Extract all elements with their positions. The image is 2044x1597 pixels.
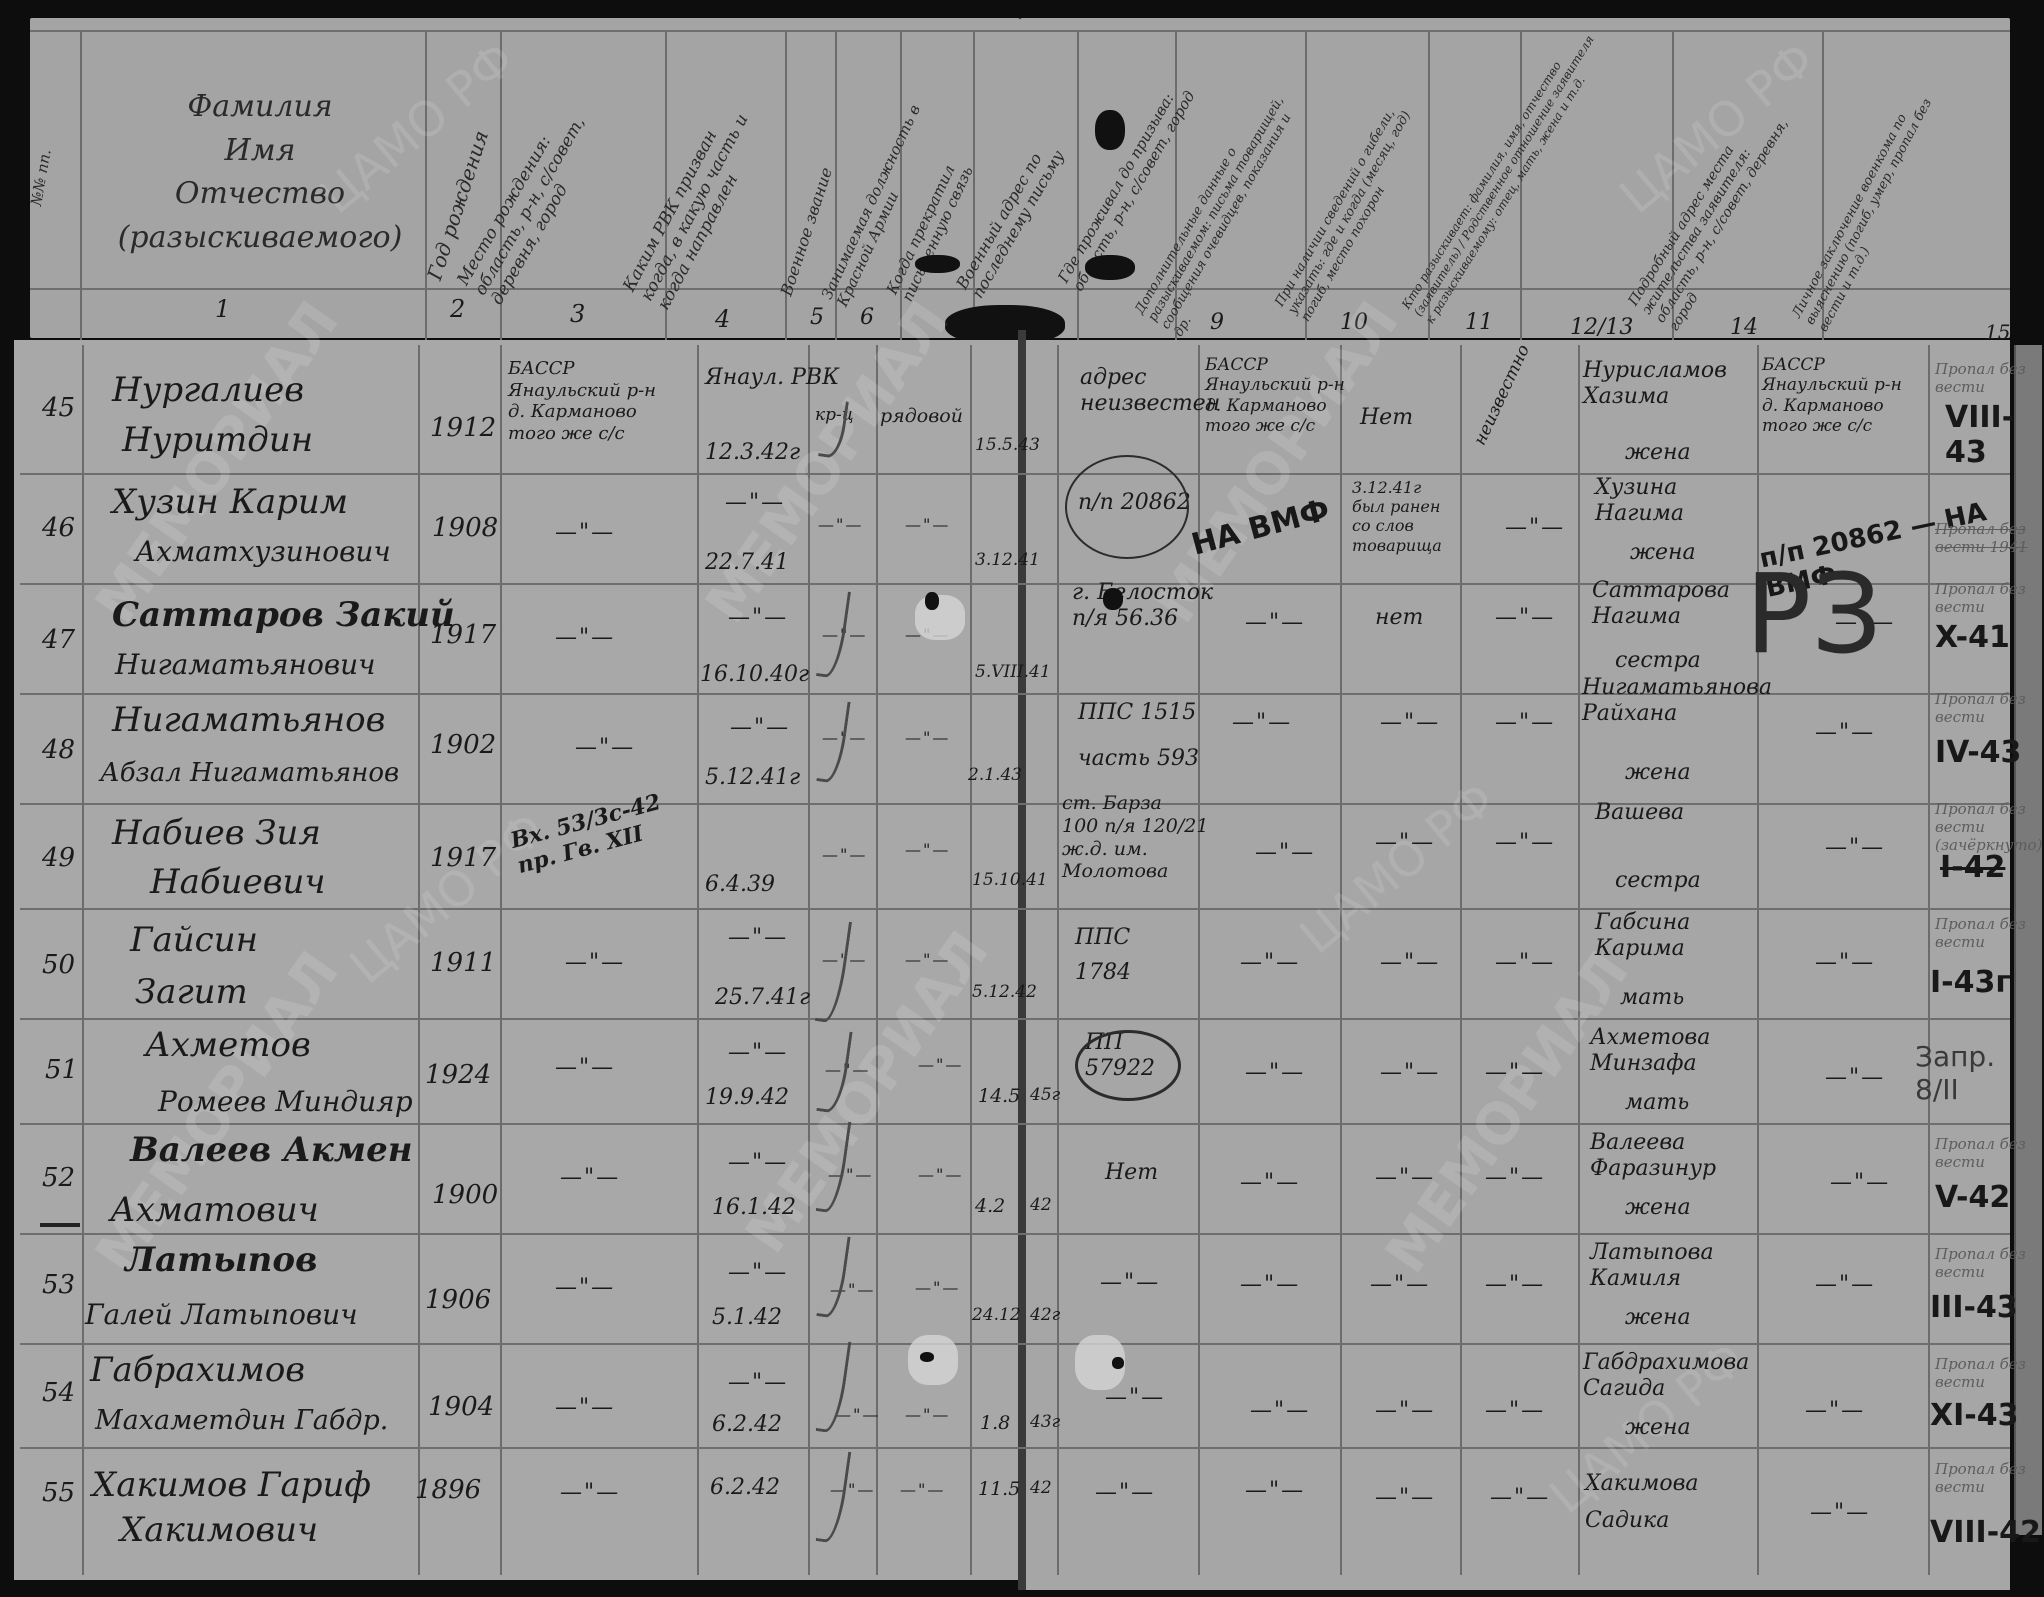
conclusion-date: IV-43 xyxy=(1935,735,2021,770)
rvk-date: 5.12.41г xyxy=(705,765,800,791)
header-colnum-1: 1 xyxy=(215,295,230,324)
applicant-address: —"— xyxy=(1825,835,1885,861)
rvk: —"— xyxy=(725,490,785,516)
last-letter-date: 5.VIII.41 xyxy=(975,662,1051,682)
last-letter-date: 1.8 xyxy=(980,1412,1010,1435)
military-address: Нет xyxy=(1105,1160,1158,1186)
header-colnum-6: 6 xyxy=(860,305,874,331)
paper-damage xyxy=(925,592,939,610)
residence: —"— xyxy=(1240,1170,1300,1196)
col-divider xyxy=(1757,345,1759,1575)
rvk: —"— xyxy=(730,715,790,741)
birth-year: 1911 xyxy=(430,948,496,979)
birthplace: —"— xyxy=(560,1165,620,1191)
conclusion-date: VIII-42 xyxy=(1930,1515,2041,1550)
first-name: Абзал Нигаматьянов xyxy=(100,758,399,789)
header-colnum-9: 9 xyxy=(1210,310,1224,336)
surname: Ахметов xyxy=(145,1025,311,1066)
position: рядовой xyxy=(880,405,963,428)
row-number: 49 xyxy=(42,843,75,874)
residence: —"— xyxy=(1245,1478,1305,1504)
birthplace: —"— xyxy=(555,1275,615,1301)
extra-data: —"— xyxy=(1375,1165,1435,1191)
applicant: Нигаматьянова Райхана xyxy=(1582,675,1772,728)
rvk: —"— xyxy=(728,1040,788,1066)
conclusion-date: III-43 xyxy=(1930,1290,2018,1325)
extra-data: Нет xyxy=(1360,405,1413,431)
military-address: г. Белосток п/я 56.36 xyxy=(1072,580,1213,633)
conclusion-date: VIII-43 xyxy=(1945,400,2044,470)
extra-data: —"— xyxy=(1380,950,1440,976)
birth-year: 1917 xyxy=(430,843,496,874)
rvk: —"— xyxy=(728,925,788,951)
last-letter-year: 42г xyxy=(1030,1305,1060,1325)
first-name: Нуритдин xyxy=(122,420,313,461)
military-address: ст. Барза 100 п/я 120/21 ж.д. им. Молото… xyxy=(1062,792,1208,883)
applicant: Саттарова Нагима xyxy=(1592,578,1730,631)
row-number: 53 xyxy=(42,1270,75,1301)
ink-circle xyxy=(1075,1030,1181,1101)
relation: жена xyxy=(1625,1195,1691,1221)
first-name: Нигаматьянович xyxy=(115,648,376,682)
paper-damage xyxy=(908,1335,958,1385)
surname: Набиев Зия xyxy=(112,813,321,854)
row-separator xyxy=(20,803,2010,805)
rvk: Янаул. РВК xyxy=(705,365,839,391)
extra-data: —"— xyxy=(1375,1485,1435,1511)
col-divider xyxy=(82,345,84,1575)
military-address: —"— xyxy=(1105,1385,1165,1411)
surname: Саттаров Закий xyxy=(112,595,455,636)
military-address: ППС 1515 часть 593 xyxy=(1078,690,1199,782)
rvk-date: 5.1.42 xyxy=(712,1305,782,1331)
hdr-col-divider xyxy=(80,30,82,340)
relation: жена xyxy=(1630,540,1696,566)
applicant: Хузина Нагима xyxy=(1595,475,1684,528)
col-divider xyxy=(876,345,878,1575)
rvk-date: 22.7.41 xyxy=(705,550,789,576)
extra-data: —"— xyxy=(1380,710,1440,736)
row-number: 45 xyxy=(42,393,75,424)
applicant-address: —"— xyxy=(1825,1065,1885,1091)
last-letter-year: 42 xyxy=(1030,1478,1052,1498)
rvk-date: 6.4.39 xyxy=(705,872,775,898)
position: —"— xyxy=(918,1165,963,1184)
birthplace: —"— xyxy=(555,520,615,546)
birth-year: 1896 xyxy=(415,1475,481,1506)
conclusion-note: Пропал без вести xyxy=(1935,915,2044,951)
residence: —"— xyxy=(1245,1060,1305,1086)
row-separator xyxy=(20,908,2010,910)
margin-mark xyxy=(40,1223,80,1227)
conclusion-date: Запр. 8/II xyxy=(1915,1040,2044,1106)
conclusion-date: I-43г xyxy=(1930,965,2011,1000)
row-number: 47 xyxy=(42,625,75,656)
surname: Хузин Карим xyxy=(112,482,348,523)
extra-data: —"— xyxy=(1370,1272,1430,1298)
paper-damage xyxy=(1112,1357,1124,1369)
position: —"— xyxy=(915,1278,960,1297)
position: —"— xyxy=(905,840,950,859)
rvk-date: 19.9.42 xyxy=(705,1085,789,1111)
death-info: —"— xyxy=(1490,1485,1550,1511)
rvk-date: 16.10.40г xyxy=(700,662,809,688)
relation: мать xyxy=(1625,1090,1689,1116)
extra-data: —"— xyxy=(1375,1398,1435,1424)
row-separator xyxy=(20,473,2010,475)
residence: —"— xyxy=(1245,610,1305,636)
applicant: Габсина Карима xyxy=(1595,910,1690,963)
residence: —"— xyxy=(1240,1272,1300,1298)
death-info: —"— xyxy=(1485,1165,1545,1191)
residence: БАССР Янаульский р-н д. Карманово того ж… xyxy=(1205,355,1345,437)
first-name: Загит xyxy=(135,972,248,1013)
rank: —"— xyxy=(818,515,863,534)
relation: сестра xyxy=(1615,648,1701,674)
military-address: —"— xyxy=(1100,1270,1160,1296)
first-name: Хакимович xyxy=(120,1510,318,1551)
birthplace: —"— xyxy=(560,1480,620,1506)
conclusion-note: Пропал без вести (зачёркнуто) xyxy=(1935,800,2044,854)
header-bottom-rule xyxy=(30,288,2010,290)
rvk-date: 6.2.42 xyxy=(712,1412,782,1438)
row-number: 52 xyxy=(42,1163,75,1194)
extra-data: 3.12.41г был ранен со слов товарища xyxy=(1352,478,1452,555)
conclusion-note: Пропал без вести xyxy=(1935,1355,2044,1391)
birthplace: —"— xyxy=(575,735,635,761)
conclusion-note: Пропал без вести xyxy=(1935,690,2044,726)
surname: Латыпов xyxy=(125,1240,317,1281)
col-divider xyxy=(418,345,420,1575)
death-info: —"— xyxy=(1485,1398,1545,1424)
header-colnum-14: 14 xyxy=(1730,315,1758,341)
row-number: 55 xyxy=(42,1478,75,1509)
conclusion-date: V-42 xyxy=(1935,1180,2010,1215)
header-colnum-4: 4 xyxy=(715,305,730,334)
relation: жена xyxy=(1625,1305,1691,1331)
paper-damage xyxy=(1095,110,1125,150)
birth-year: 1906 xyxy=(425,1285,491,1316)
death-info: —"— xyxy=(1485,1272,1545,1298)
relation: сестра xyxy=(1615,868,1701,894)
row-number: 51 xyxy=(45,1055,78,1086)
paper-damage xyxy=(920,1352,934,1362)
row-separator xyxy=(20,1233,2010,1235)
first-name: Ахматович xyxy=(110,1190,319,1231)
rank: —"— xyxy=(822,845,867,864)
first-name: Галей Латыпович xyxy=(85,1298,358,1332)
residence: —"— xyxy=(1232,710,1292,736)
last-letter-date: 3.12.41 xyxy=(975,550,1040,570)
conclusion-note: Пропал без вести xyxy=(1935,360,2044,396)
col-divider xyxy=(1340,345,1342,1575)
surname: Нургалиев xyxy=(112,370,304,411)
conclusion-note: Пропал без вести xyxy=(1935,1460,2044,1496)
death-info: —"— xyxy=(1485,1060,1545,1086)
birthplace: —"— xyxy=(565,950,625,976)
conclusion-note: Пропал без вести xyxy=(1935,580,2044,616)
extra-data: —"— xyxy=(1375,830,1435,856)
military-address: —"— xyxy=(1095,1480,1155,1506)
last-letter-date: 24.12 xyxy=(972,1305,1021,1325)
residence: —"— xyxy=(1250,1398,1310,1424)
surname: Нигаматьянов xyxy=(112,700,385,741)
applicant: Габдрахимова Сагида xyxy=(1583,1350,1749,1403)
applicant: Валеева Фаразинур xyxy=(1590,1130,1716,1183)
surname: Гайсин xyxy=(130,920,258,961)
death-info: —"— xyxy=(1495,710,1555,736)
position: —"— xyxy=(905,950,950,969)
header-colnum-5: 5 xyxy=(810,305,824,331)
surname: Валеев Акмен xyxy=(130,1130,413,1171)
birthplace: —"— xyxy=(555,1395,615,1421)
row-separator xyxy=(20,1123,2010,1125)
surname: Хакимов Гариф xyxy=(92,1465,371,1506)
position: —"— xyxy=(918,1055,963,1074)
row-number: 54 xyxy=(42,1378,75,1409)
ink-circle xyxy=(1065,455,1189,559)
applicant: Латыпова Камиля xyxy=(1590,1240,1714,1293)
first-name: Махаметдин Габдр. xyxy=(95,1405,388,1437)
conclusion-date: XI-43 xyxy=(1930,1398,2019,1433)
header-top-rule xyxy=(30,30,2010,32)
conclusion-note: Пропал без вести xyxy=(1935,1135,2044,1171)
header-colnum-3: 3 xyxy=(570,300,585,329)
col-divider xyxy=(500,345,502,1575)
paper-damage xyxy=(1103,588,1123,610)
last-letter-date: 5.12.42 xyxy=(972,982,1037,1002)
rank: —"— xyxy=(835,1405,880,1424)
last-letter-year: 42 xyxy=(1030,1195,1052,1215)
applicant-address: —"— xyxy=(1815,720,1875,746)
rvk-date: 12.3.42г xyxy=(705,440,800,466)
book-spine xyxy=(1018,330,1026,1590)
row-number: 50 xyxy=(42,950,75,981)
death-info: —"— xyxy=(1505,515,1565,541)
death-info: —"— xyxy=(1495,830,1555,856)
applicant-address: —"— xyxy=(1815,1272,1875,1298)
last-letter-date: 14.5 xyxy=(978,1085,1020,1108)
position: —"— xyxy=(905,1405,950,1424)
paper-damage xyxy=(945,305,1065,345)
header-colnum-11: 11 xyxy=(1465,310,1493,336)
position: —"— xyxy=(905,515,950,534)
applicant-address: —"— xyxy=(1810,1500,1870,1526)
rvk-date: 25.7.41г xyxy=(715,985,810,1011)
surname: Габрахимов xyxy=(90,1350,305,1391)
birth-year: 1912 xyxy=(430,413,496,444)
military-address: ППС 1784 xyxy=(1075,920,1131,990)
birth-year: 1908 xyxy=(432,513,498,544)
paper-damage xyxy=(1085,255,1135,280)
applicant-address: БАССР Янаульский р-н д. Карманово того ж… xyxy=(1762,355,1902,437)
col-divider xyxy=(1460,345,1462,1575)
last-letter-date: 2.1.43 xyxy=(968,765,1022,785)
conclusion-note: Пропал без вести 1941 xyxy=(1935,520,2044,556)
first-name: Набиевич xyxy=(150,862,326,903)
applicant: Ахметова Минзафа xyxy=(1590,1025,1710,1078)
relation: жена xyxy=(1625,1415,1691,1441)
rvk: —"— xyxy=(728,1370,788,1396)
paper-damage xyxy=(915,255,960,273)
row-number: 48 xyxy=(42,735,75,766)
extra-data: нет xyxy=(1375,605,1423,631)
rvk-date: 16.1.42 xyxy=(712,1195,796,1221)
applicant-address: —"— xyxy=(1830,1170,1890,1196)
birthplace: —"— xyxy=(555,1055,615,1081)
last-letter-date: 15.5.43 xyxy=(975,435,1040,455)
applicant-address: —"— xyxy=(1815,950,1875,976)
rvk: —"— xyxy=(728,605,788,631)
header-colnum-2: 2 xyxy=(450,295,465,324)
death-info: —"— xyxy=(1495,950,1555,976)
position: —"— xyxy=(900,1480,945,1499)
col-divider xyxy=(1057,345,1059,1575)
residence: —"— xyxy=(1240,950,1300,976)
birth-year: 1904 xyxy=(428,1392,494,1423)
paper-damage xyxy=(915,595,965,640)
applicant: Нурисламов Хазима xyxy=(1583,358,1727,411)
first-name: Ахматхузинович xyxy=(135,535,391,569)
birth-year: 1902 xyxy=(430,730,496,761)
last-letter-date: 11.5 xyxy=(978,1478,1020,1501)
residence: —"— xyxy=(1255,840,1315,866)
military-address: адрес неизвестен xyxy=(1080,365,1220,418)
birth-year: 1900 xyxy=(432,1180,498,1211)
rvk: —"— xyxy=(728,1150,788,1176)
birthplace: —"— xyxy=(555,625,615,651)
initials-mark: РЗ xyxy=(1745,550,1882,678)
birth-year: 1924 xyxy=(425,1060,491,1091)
conclusion-date: X-41 xyxy=(1935,620,2010,655)
rvk: —"— xyxy=(728,1260,788,1286)
conclusion-date: I-42 xyxy=(1940,850,2005,885)
hdr-col-divider xyxy=(425,30,427,340)
row-separator xyxy=(20,1447,2010,1449)
applicant: Вашева xyxy=(1595,800,1684,826)
relation: жена xyxy=(1625,440,1691,466)
first-name: Ромеев Миндияр xyxy=(158,1085,413,1119)
last-letter-date: 15.10.41 xyxy=(972,870,1048,890)
rvk-date: 6.2.42 xyxy=(710,1475,780,1501)
applicant: Хакимова Садика xyxy=(1585,1465,1699,1540)
death-info: —"— xyxy=(1495,605,1555,631)
hdr-col-divider xyxy=(1077,30,1079,340)
birth-year: 1917 xyxy=(430,620,496,651)
last-letter-date: 4.2 xyxy=(975,1195,1005,1218)
position: —"— xyxy=(905,728,950,747)
relation: жена xyxy=(1625,760,1691,786)
birthplace: БАССР Янаульский р-н д. Карманово того ж… xyxy=(508,358,656,444)
conclusion-note: Пропал без вести xyxy=(1935,1245,2044,1281)
last-letter-year: 43г xyxy=(1030,1412,1060,1432)
applicant-address: —"— xyxy=(1805,1398,1865,1424)
row-number: 46 xyxy=(42,513,75,544)
extra-data: —"— xyxy=(1380,1060,1440,1086)
relation: мать xyxy=(1620,985,1684,1011)
col-divider xyxy=(697,345,699,1575)
last-letter-year: 45г xyxy=(1030,1085,1060,1105)
header-colnum-12-13: 12/13 xyxy=(1570,315,1633,341)
